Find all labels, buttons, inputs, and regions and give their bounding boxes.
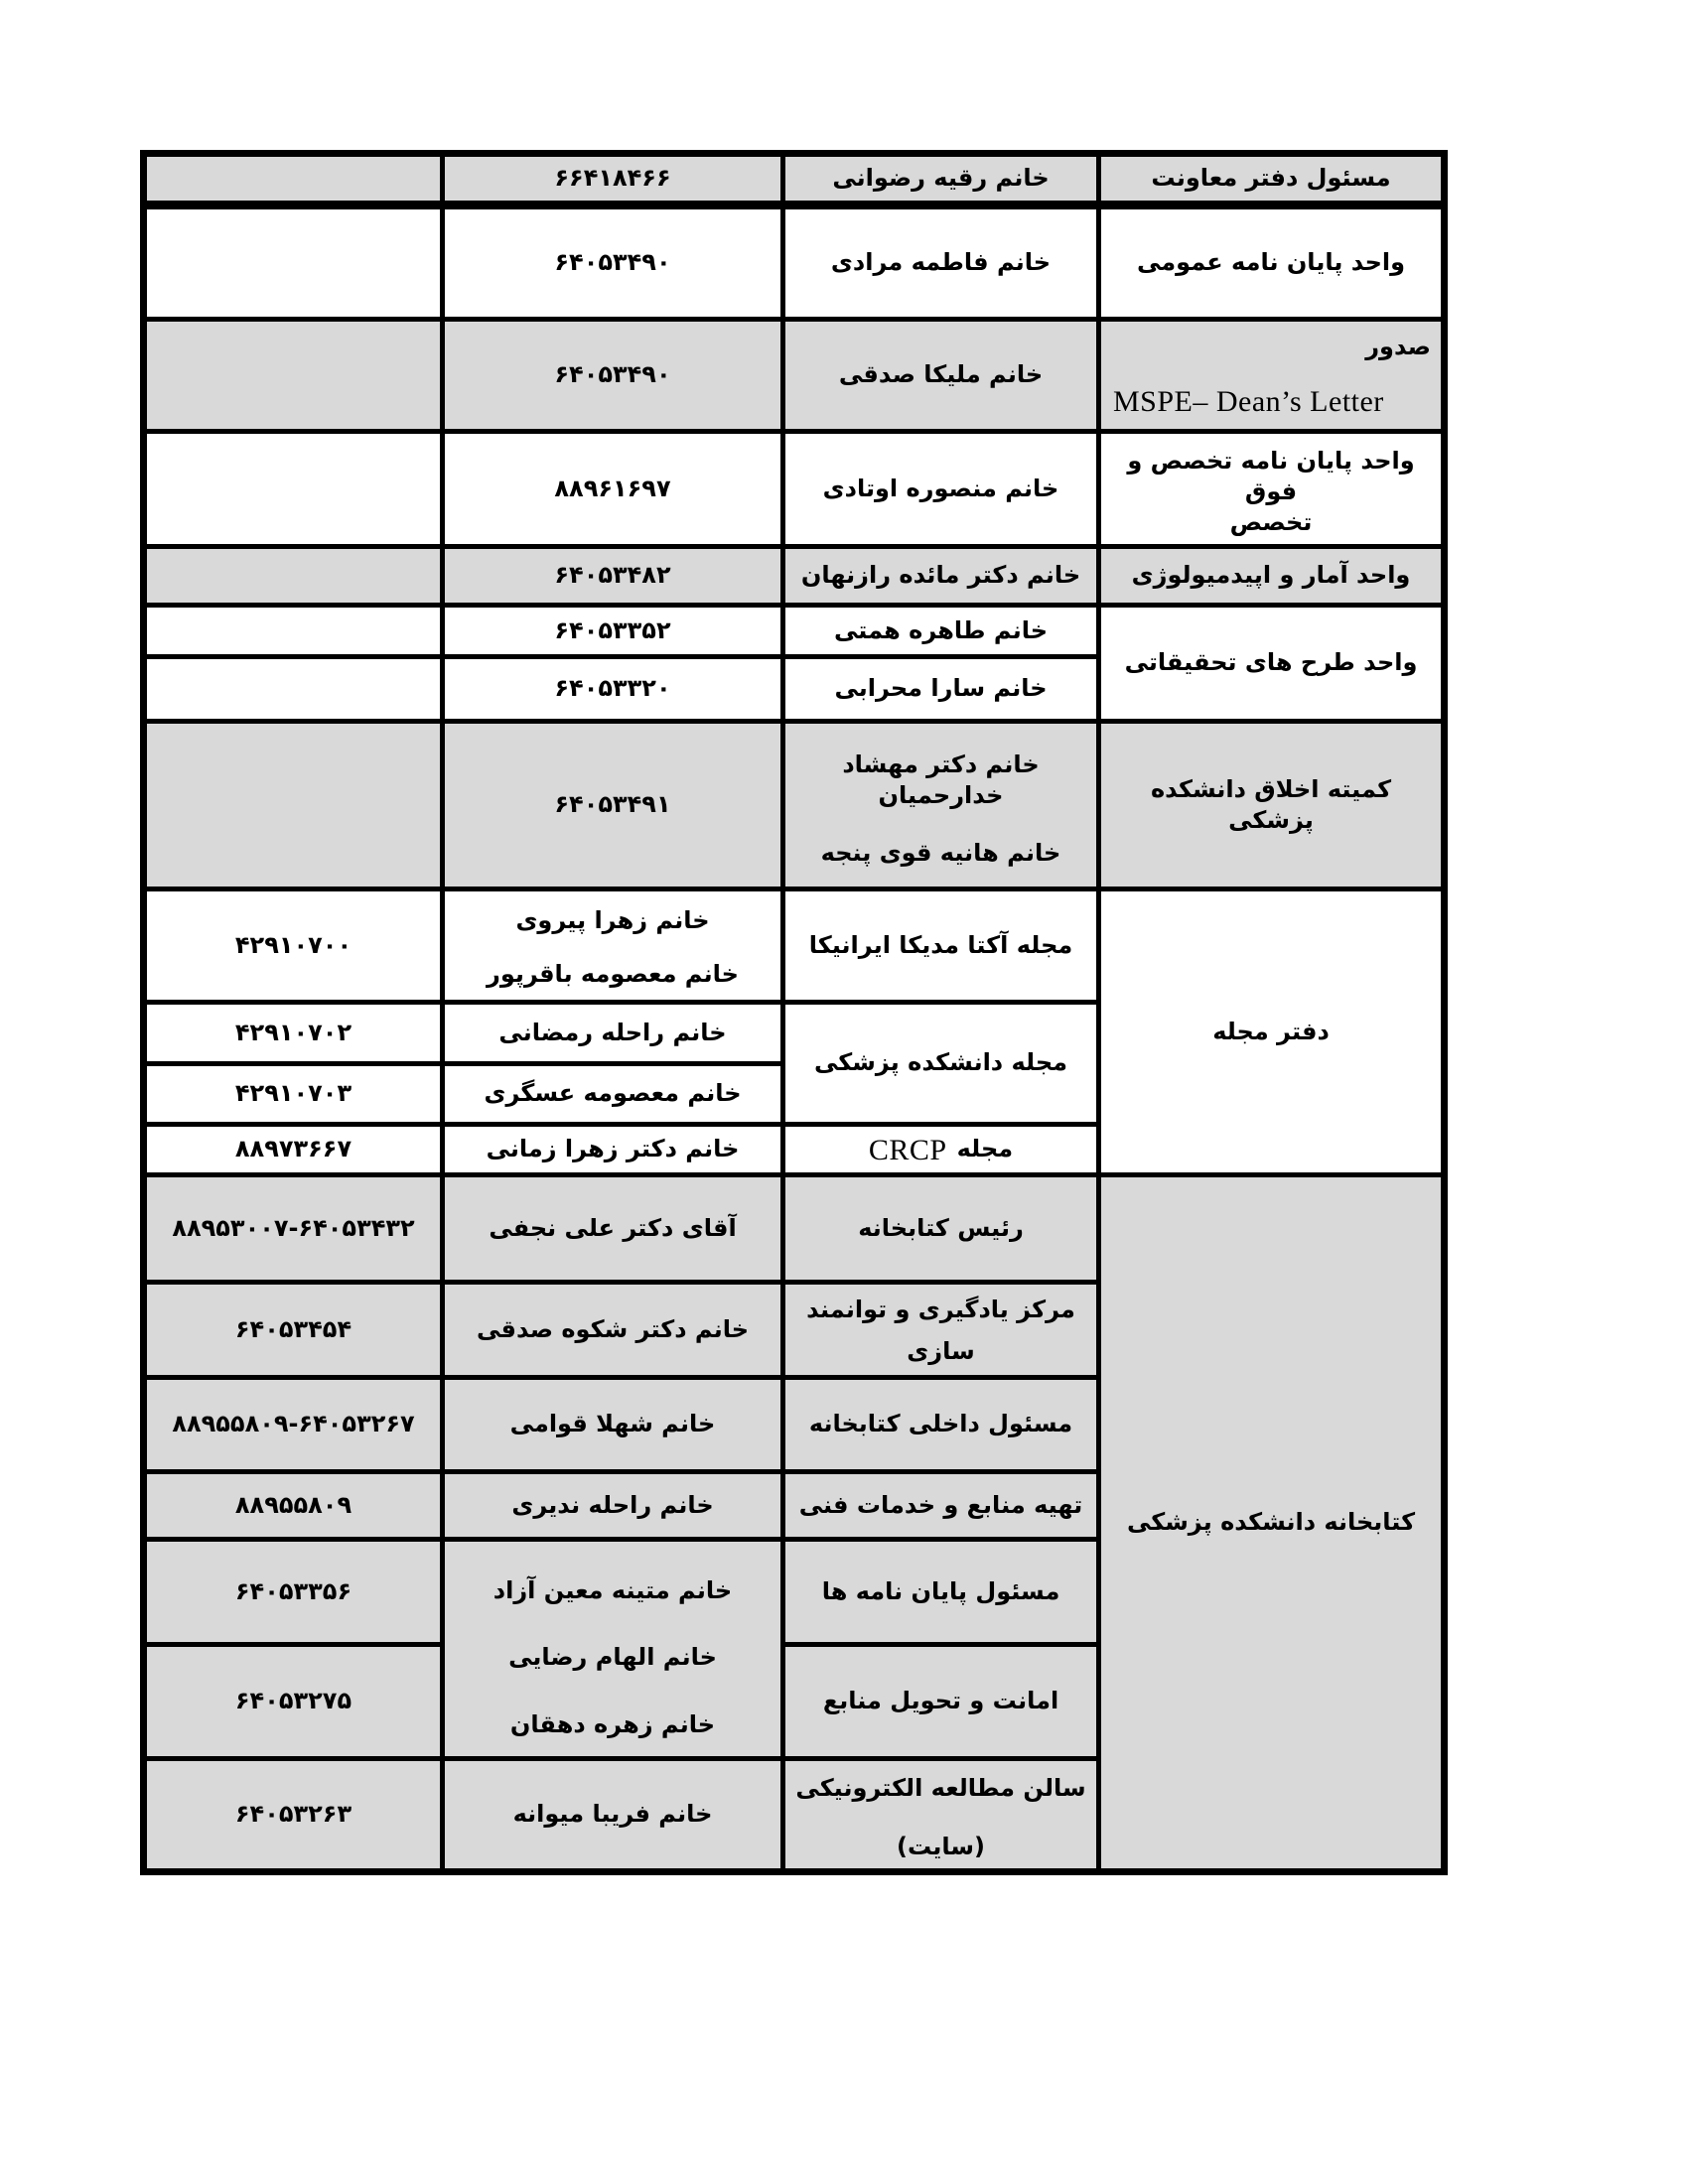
- role-r19-line1: سالن مطالعه الکترونیکی: [793, 1773, 1088, 1804]
- cell-phone-r13: ۸۸۹۵۳۰۰۷-۶۴۰۵۳۴۳۲: [147, 1177, 440, 1280]
- cell-role-r16: تهیه منابع و خدمات فنی: [785, 1474, 1096, 1537]
- cell-phone-r18: ۶۴۰۵۳۲۷۵: [147, 1647, 440, 1756]
- cell-names-r17-r18: خانم متینه معین آزاد خانم الهام رضایی خا…: [445, 1542, 780, 1756]
- cell-name-r14: خانم دکتر شکوه صدقی: [445, 1285, 780, 1375]
- cell-phone-r17: ۶۴۰۵۳۳۵۶: [147, 1542, 440, 1642]
- cell-name-r5: خانم دکتر مائده رازنهان: [785, 549, 1096, 603]
- cell-unit-r5: واحد آمار و اپیدمیولوژی: [1101, 549, 1441, 603]
- cell-unit-r2: واحد پایان نامه عمومی: [1101, 209, 1441, 317]
- cell-name-r15: خانم شهلا قوامی: [445, 1380, 780, 1469]
- cell-phone-r7: ۶۴۰۵۳۳۲۰: [445, 659, 780, 719]
- name-r17-line2: خانم الهام رضایی: [453, 1642, 773, 1673]
- name-r17-line3: خانم زهره دهقان: [453, 1709, 773, 1740]
- cell-phone-r5: ۶۴۰۵۳۴۸۲: [445, 549, 780, 603]
- cell-name-r3: خانم ملیکا صدقی: [785, 322, 1096, 429]
- cell-journal-r9: مجله آکتا مدیکا ایرانیکا: [785, 891, 1096, 1000]
- cell-empty-r7: [147, 659, 440, 719]
- contact-table: ۶۶۴۱۸۴۶۶ خانم رقیه رضوانی مسئول دفتر معا…: [140, 150, 1448, 1875]
- cell-phone-r9: ۴۲۹۱۰۷۰۰: [147, 891, 440, 1000]
- role-r19-line2: (سایت): [793, 1832, 1088, 1862]
- cell-phone-r15: ۸۸۹۵۵۸۰۹-۶۴۰۵۳۲۶۷: [147, 1380, 440, 1469]
- cell-phone-r19: ۶۴۰۵۳۲۶۳: [147, 1761, 440, 1868]
- cell-empty-r1: [147, 157, 440, 205]
- cell-unit-r1: مسئول دفتر معاونت: [1101, 157, 1441, 205]
- cell-phone-r4: ۸۸۹۶۱۶۹۷: [445, 434, 780, 544]
- cell-name-r6: خانم طاهره همتی: [785, 608, 1096, 654]
- cell-unit-r8: کمیته اخلاق دانشکده پزشکی: [1101, 724, 1441, 887]
- cell-phone-r12: ۸۸۹۷۳۶۶۷: [147, 1127, 440, 1172]
- cell-name-r16: خانم راحله ندیری: [445, 1474, 780, 1537]
- cell-role-r13: رئیس کتابخانه: [785, 1177, 1096, 1280]
- cell-role-r15: مسئول داخلی کتابخانه: [785, 1380, 1096, 1469]
- cell-phone-r8: ۶۴۰۵۳۴۹۱: [445, 724, 780, 887]
- cell-name-r11: خانم معصومه عسگری: [445, 1066, 780, 1122]
- cell-empty-r3: [147, 322, 440, 429]
- name-r8-line1: خانم دکتر مهشاد خدارحمیان: [793, 750, 1088, 811]
- cell-name-r4: خانم منصوره اوتادی: [785, 434, 1096, 544]
- cell-role-r14: مرکز یادگیری و توانمند سازی: [785, 1285, 1096, 1375]
- cell-phone-r16: ۸۸۹۵۵۸۰۹: [147, 1474, 440, 1537]
- cell-unit-r6-r7: واحد طرح های تحقیقاتی: [1101, 608, 1441, 719]
- journal-r12-fa: مجله: [957, 1134, 1014, 1164]
- unit-r4-line2: تخصص: [1109, 507, 1433, 538]
- cell-phone-r3: ۶۴۰۵۳۴۹۰: [445, 322, 780, 429]
- cell-phone-r1: ۶۶۴۱۸۴۶۶: [445, 157, 780, 205]
- unit-r3-line-en: MSPE– Dean’s Letter: [1109, 382, 1433, 421]
- cell-name-r2: خانم فاطمه مرادی: [785, 209, 1096, 317]
- document-page: ۶۶۴۱۸۴۶۶ خانم رقیه رضوانی مسئول دفتر معا…: [0, 0, 1688, 2184]
- name-r17-line1: خانم متینه معین آزاد: [453, 1575, 773, 1606]
- role-r14-line2: سازی: [793, 1336, 1088, 1367]
- unit-r3-line-fa: صدور: [1109, 332, 1433, 362]
- cell-empty-r6: [147, 608, 440, 654]
- cell-role-r17: مسئول پایان نامه ها: [785, 1542, 1096, 1642]
- name-r8-line2: خانم هانیه قوی پنجه: [793, 838, 1088, 869]
- journal-r12-en: CRCP: [869, 1131, 947, 1169]
- cell-phone-r6: ۶۴۰۵۳۳۵۲: [445, 608, 780, 654]
- cell-unit-r4: واحد پایان نامه تخصص و فوق تخصص: [1101, 434, 1441, 544]
- cell-phone-r11: ۴۲۹۱۰۷۰۳: [147, 1066, 440, 1122]
- cell-role-r18: امانت و تحویل منابع: [785, 1647, 1096, 1756]
- cell-empty-r2: [147, 209, 440, 317]
- name-r9-line1: خانم زهرا پیروی: [453, 905, 773, 936]
- cell-section-journal-office: دفتر مجله: [1101, 891, 1441, 1172]
- name-r9-line2: خانم معصومه باقرپور: [453, 959, 773, 990]
- cell-name-r13: آقای دکتر علی نجفی: [445, 1177, 780, 1280]
- unit-r4-line1: واحد پایان نامه تخصص و فوق: [1109, 446, 1433, 507]
- cell-role-r19: سالن مطالعه الکترونیکی (سایت): [785, 1761, 1096, 1868]
- cell-name-r12: خانم دکتر زهرا زمانی: [445, 1127, 780, 1172]
- cell-phone-r10: ۴۲۹۱۰۷۰۲: [147, 1005, 440, 1061]
- cell-names-r8: خانم دکتر مهشاد خدارحمیان خانم هانیه قوی…: [785, 724, 1096, 887]
- cell-section-library: کتابخانه دانشکده پزشکی: [1101, 1177, 1441, 1868]
- cell-empty-r5: [147, 549, 440, 603]
- cell-name-r19: خانم فریبا میوانه: [445, 1761, 780, 1868]
- cell-unit-r3: صدور MSPE– Dean’s Letter: [1101, 322, 1441, 429]
- cell-phone-r2: ۶۴۰۵۳۴۹۰: [445, 209, 780, 317]
- cell-phone-r14: ۶۴۰۵۳۴۵۴: [147, 1285, 440, 1375]
- cell-name-r1: خانم رقیه رضوانی: [785, 157, 1096, 205]
- role-r14-line1: مرکز یادگیری و توانمند: [793, 1295, 1088, 1325]
- cell-journal-r12: مجله CRCP: [785, 1127, 1096, 1172]
- cell-names-r9: خانم زهرا پیروی خانم معصومه باقرپور: [445, 891, 780, 1000]
- cell-name-r7: خانم سارا محرابی: [785, 659, 1096, 719]
- cell-name-r10: خانم راحله رمضانی: [445, 1005, 780, 1061]
- cell-empty-r8: [147, 724, 440, 887]
- cell-journal-r10-r11: مجله دانشکده پزشکی: [785, 1005, 1096, 1122]
- cell-empty-r4: [147, 434, 440, 544]
